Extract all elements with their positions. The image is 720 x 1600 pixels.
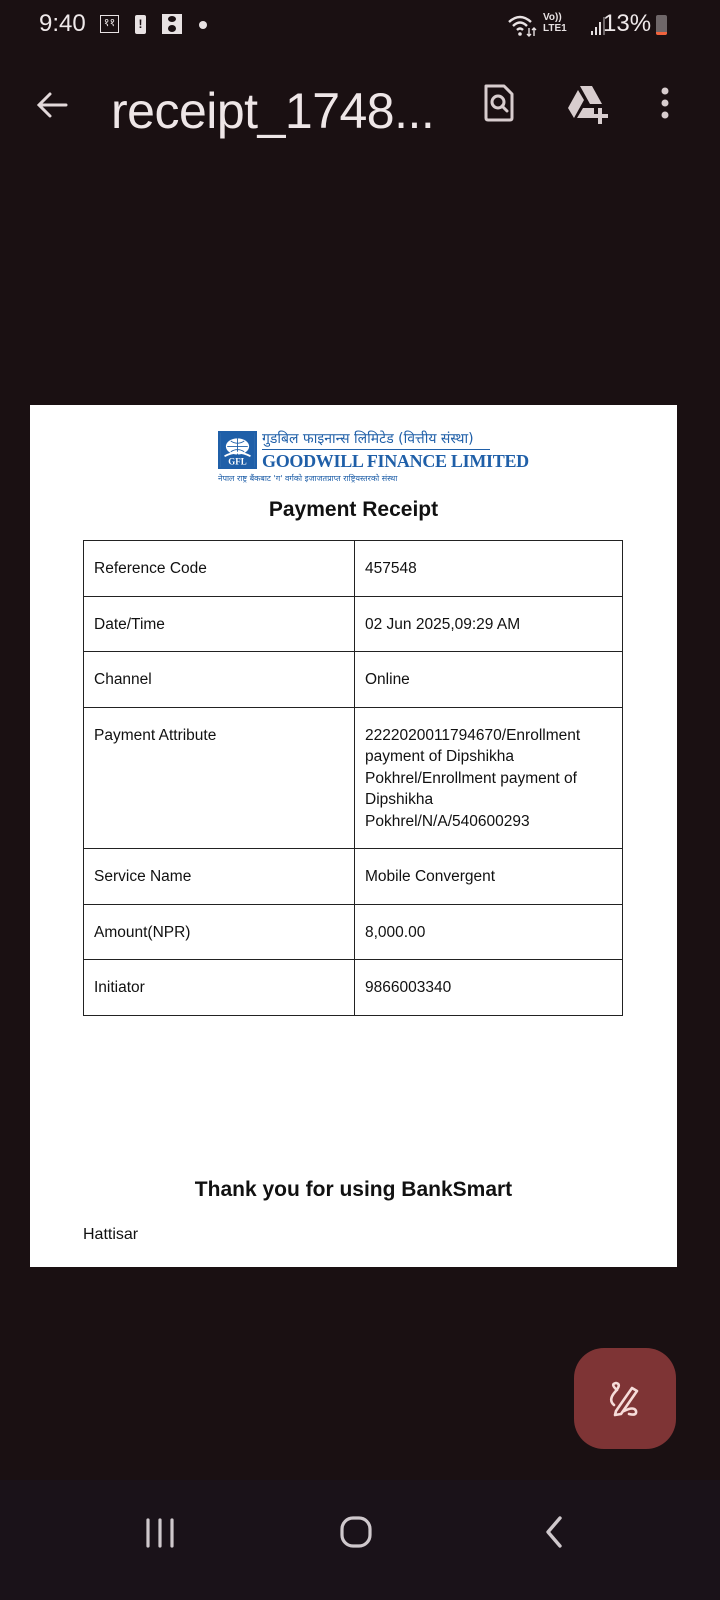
goodwill-finance-logo: GFL गुडबिल फाइनान्स लिमिटेड (वित्तीय संस… (218, 429, 492, 483)
calendar-icon: ११ (100, 15, 119, 33)
app-bar: receipt_1748... (0, 60, 720, 160)
row-value-line: Dipshikha (365, 789, 612, 811)
lte-label: LTE1 (543, 23, 567, 34)
edit-button[interactable] (574, 1348, 676, 1449)
row-value-line: 2222020011794670/Enrollment (365, 725, 612, 747)
drive-add-icon[interactable] (564, 80, 610, 126)
row-value-line: payment of Dipshikha (365, 746, 612, 768)
battery-alert-icon: ! (135, 15, 146, 34)
table-row: Service NameMobile Convergent (84, 849, 623, 905)
gfl-emblem-icon: GFL (218, 431, 257, 469)
org-tagline: नेपाल राष्ट्र बैंकबाट 'ग' वर्गको इजाजतप्… (218, 473, 397, 484)
dot-icon (199, 21, 207, 29)
row-value: Online (355, 652, 623, 708)
table-row: Reference Code457548 (84, 541, 623, 597)
row-value: 8,000.00 (355, 904, 623, 960)
table-row: Date/Time02 Jun 2025,09:29 AM (84, 596, 623, 652)
row-value: 2222020011794670/Enrollmentpayment of Di… (355, 707, 623, 849)
recent-apps-icon[interactable] (130, 1504, 190, 1560)
row-value-line: Pokhrel/N/A/540600293 (365, 811, 612, 833)
table-row: Amount(NPR)8,000.00 (84, 904, 623, 960)
org-name: GOODWILL FINANCE LIMITED (262, 451, 529, 472)
home-icon[interactable] (326, 1504, 386, 1560)
document-search-icon[interactable] (476, 80, 522, 126)
receipt-details-table: Reference Code457548Date/Time02 Jun 2025… (83, 540, 623, 1016)
row-label: Channel (84, 652, 355, 708)
branch-address: Hattisar (83, 1226, 138, 1244)
row-label: Reference Code (84, 541, 355, 597)
battery-percent: 13% (603, 10, 651, 38)
volte-icon: Vo)) LTE1 (543, 12, 567, 34)
row-label: Initiator (84, 960, 355, 1016)
svg-text:GFL: GFL (228, 456, 246, 466)
wifi-icon (507, 14, 537, 38)
logo-divider (262, 449, 490, 450)
status-bar: 9:40 ११ ! Vo)) LTE1 13% (0, 0, 720, 52)
clock: 9:40 (39, 10, 86, 38)
row-value: 457548 (355, 541, 623, 597)
document-page: GFL गुडबिल फाइनान्स लिमिटेड (वित्तीय संस… (30, 405, 677, 1267)
table-row: Payment Attribute2222020011794670/Enroll… (84, 707, 623, 849)
navigation-bar (0, 1480, 720, 1600)
row-label: Service Name (84, 849, 355, 905)
row-value: 9866003340 (355, 960, 623, 1016)
row-label: Payment Attribute (84, 707, 355, 849)
row-value: 02 Jun 2025,09:29 AM (355, 596, 623, 652)
thank-you-message: Thank you for using BankSmart (30, 1178, 677, 1202)
table-row: ChannelOnline (84, 652, 623, 708)
volte-label: Vo)) (543, 12, 567, 23)
table-row: Initiator9866003340 (84, 960, 623, 1016)
battery-icon (656, 15, 667, 35)
more-vert-icon[interactable] (642, 80, 688, 126)
edit-pen-icon (574, 1348, 676, 1449)
app-notification-icon (162, 14, 182, 34)
arrow-left-icon[interactable] (30, 82, 76, 128)
org-name-nepali: गुडबिल फाइनान्स लिमिटेड (वित्तीय संस्था) (262, 429, 474, 448)
row-value-line: Pokhrel/Enrollment payment of (365, 768, 612, 790)
row-value: Mobile Convergent (355, 849, 623, 905)
document-title: receipt_1748... (111, 82, 434, 140)
back-icon[interactable] (524, 1504, 584, 1560)
receipt-title: Payment Receipt (30, 498, 677, 522)
row-label: Amount(NPR) (84, 904, 355, 960)
row-label: Date/Time (84, 596, 355, 652)
